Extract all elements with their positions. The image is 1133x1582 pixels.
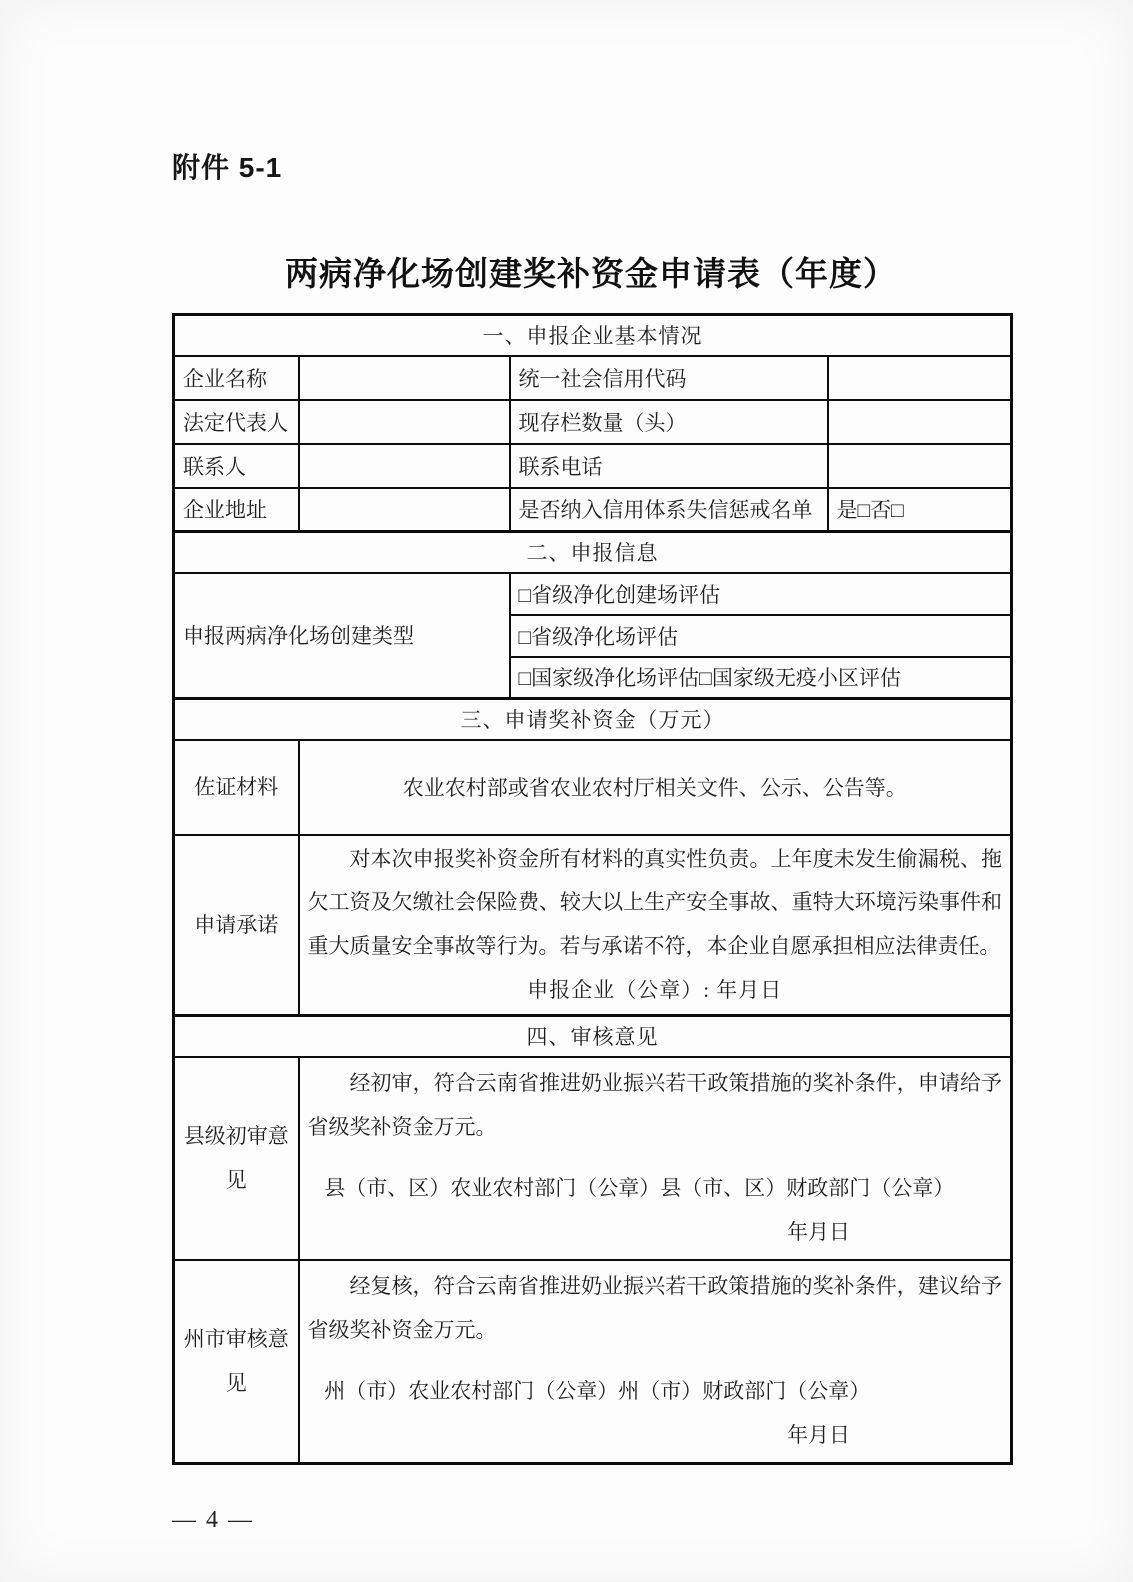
label-city-review: 州市审核意见 bbox=[174, 1260, 299, 1464]
label-commitment: 申请承诺 bbox=[174, 835, 299, 1016]
page-number: — 4 — bbox=[172, 1507, 1010, 1534]
label-contact-phone: 联系电话 bbox=[510, 444, 828, 488]
evidence-row: 佐证材料 农业农村部或省农业农村厅相关文件、公示、公告等。 bbox=[174, 740, 1012, 835]
commitment-signature: 申报企业（公章）: 年月日 bbox=[308, 969, 1003, 1013]
label-contact-person: 联系人 bbox=[174, 444, 299, 488]
attachment-label: 附件 5-1 bbox=[172, 146, 1010, 186]
county-review-content: 经初审，符合云南省推进奶业振兴若干政策措施的奖补条件，申请给予省级奖补资金万元。… bbox=[299, 1057, 1012, 1260]
value-livestock-count bbox=[828, 400, 1012, 444]
basic-info-row: 企业名称 统一社会信用代码 bbox=[174, 356, 1012, 400]
checkbox-option-national: □国家级净化场评估□国家级无疫小区评估 bbox=[510, 657, 1012, 699]
section-3-header: 三、申请奖补资金（万元） bbox=[174, 699, 1012, 740]
document-content: 附件 5-1 两病净化场创建奖补资金申请表（年度） 一、申报企业基本情况 企业名… bbox=[172, 146, 1010, 1534]
basic-info-row: 联系人 联系电话 bbox=[174, 444, 1012, 488]
label-enterprise-address: 企业地址 bbox=[174, 488, 299, 532]
city-review-signature: 州（市）农业农村部门（公章）州（市）财政部门（公章） bbox=[308, 1370, 1003, 1414]
section-4-row: 四、审核意见 bbox=[174, 1016, 1012, 1057]
label-legal-representative: 法定代表人 bbox=[174, 400, 299, 444]
basic-info-row: 企业地址 是否纳入信用体系失信惩戒名单 是□否□ bbox=[174, 488, 1012, 532]
county-review-row: 县级初审意见 经初审，符合云南省推进奶业振兴若干政策措施的奖补条件，申请给予省级… bbox=[174, 1057, 1012, 1260]
application-type-row: 申报两病净化场创建类型 □省级净化创建场评估 bbox=[174, 573, 1012, 615]
section-3-row: 三、申请奖补资金（万元） bbox=[174, 699, 1012, 740]
document-page: 附件 5-1 两病净化场创建奖补资金申请表（年度） 一、申报企业基本情况 企业名… bbox=[0, 0, 1133, 1582]
city-review-content: 经复核，符合云南省推进奶业振兴若干政策措施的奖补条件，建议给予省级奖补资金万元。… bbox=[299, 1260, 1012, 1464]
value-enterprise-address bbox=[299, 488, 510, 532]
label-evidence: 佐证材料 bbox=[174, 740, 299, 835]
value-legal-representative bbox=[299, 400, 510, 444]
section-2-header: 二、申报信息 bbox=[174, 532, 1012, 573]
value-credit-code bbox=[828, 356, 1012, 400]
label-county-review: 县级初审意见 bbox=[174, 1057, 299, 1260]
city-review-date: 年月日 bbox=[308, 1414, 1003, 1458]
city-review-body: 经复核，符合云南省推进奶业振兴若干政策措施的奖补条件，建议给予省级奖补资金万元。 bbox=[308, 1265, 1003, 1352]
section-2-row: 二、申报信息 bbox=[174, 532, 1012, 573]
commitment-body: 对本次申报奖补资金所有材料的真实性负责。上年度未发生偷漏税、拖欠工资及欠缴社会保… bbox=[308, 838, 1003, 969]
county-review-date: 年月日 bbox=[308, 1211, 1003, 1255]
value-contact-phone bbox=[828, 444, 1012, 488]
checkbox-option-provincial-farm: □省级净化场评估 bbox=[510, 615, 1012, 657]
yes-no-checkboxes: 是□否□ bbox=[828, 488, 1012, 532]
commitment-row: 申请承诺 对本次申报奖补资金所有材料的真实性负责。上年度未发生偷漏税、拖欠工资及… bbox=[174, 835, 1012, 1016]
county-review-signature: 县（市、区）农业农村部门（公章）县（市、区）财政部门（公章） bbox=[308, 1167, 1003, 1211]
commitment-content: 对本次申报奖补资金所有材料的真实性负责。上年度未发生偷漏税、拖欠工资及欠缴社会保… bbox=[299, 835, 1012, 1016]
value-contact-person bbox=[299, 444, 510, 488]
checkbox-option-provincial-creation: □省级净化创建场评估 bbox=[510, 573, 1012, 615]
section-1-header: 一、申报企业基本情况 bbox=[174, 315, 1012, 356]
label-credit-code: 统一社会信用代码 bbox=[510, 356, 828, 400]
section-1-row: 一、申报企业基本情况 bbox=[174, 315, 1012, 356]
label-enterprise-name: 企业名称 bbox=[174, 356, 299, 400]
label-livestock-count: 现存栏数量（头） bbox=[510, 400, 828, 444]
label-application-type: 申报两病净化场创建类型 bbox=[174, 573, 510, 699]
evidence-content: 农业农村部或省农业农村厅相关文件、公示、公告等。 bbox=[299, 740, 1012, 835]
county-review-body: 经初审，符合云南省推进奶业振兴若干政策措施的奖补条件，申请给予省级奖补资金万元。 bbox=[308, 1062, 1003, 1149]
value-enterprise-name bbox=[299, 356, 510, 400]
basic-info-row: 法定代表人 现存栏数量（头） bbox=[174, 400, 1012, 444]
page-title: 两病净化场创建奖补资金申请表（年度） bbox=[172, 248, 1010, 295]
application-form-table: 一、申报企业基本情况 企业名称 统一社会信用代码 法定代表人 现存栏数量（头） … bbox=[172, 313, 1013, 1465]
section-4-header: 四、审核意见 bbox=[174, 1016, 1012, 1057]
city-review-row: 州市审核意见 经复核，符合云南省推进奶业振兴若干政策措施的奖补条件，建议给予省级… bbox=[174, 1260, 1012, 1464]
label-credit-blacklist: 是否纳入信用体系失信惩戒名单 bbox=[510, 488, 828, 532]
